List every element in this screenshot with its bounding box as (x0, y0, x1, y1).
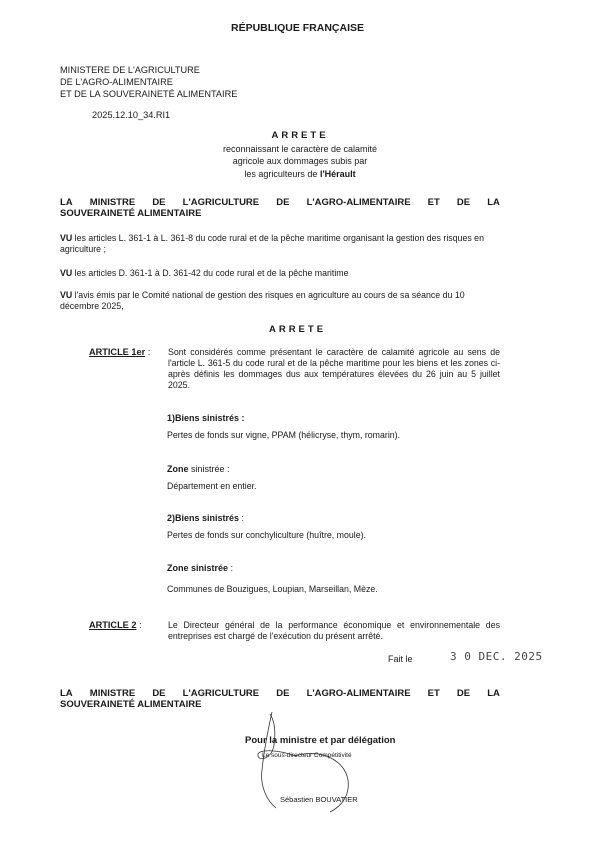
section-heading: Zone sinistrée : (167, 464, 230, 474)
article-1-text: Sont considérés comme présentant le cara… (168, 347, 500, 391)
region-name: l'Hérault (320, 169, 356, 179)
heading-word: ET (428, 197, 440, 208)
vu-clause: VU les articles D. 361-1 à D. 361-42 du … (60, 268, 500, 279)
delegation-text: Pour la ministre et par délégation (245, 735, 395, 746)
subtitle-line: reconnaissant le caractère de calamité (150, 143, 450, 156)
heading-word: LA (487, 197, 500, 208)
section-text: Pertes de fonds sur conchyliculture (huî… (167, 530, 366, 540)
heading-word: ET (428, 688, 440, 699)
vu-clause: VU les articles L. 361-1 à L. 361-8 du c… (60, 233, 500, 255)
heading-word: L'AGRICULTURE (183, 688, 260, 699)
date-stamp: 3 0 DEC. 2025 (450, 650, 543, 663)
heading-word: DE (457, 197, 470, 208)
article-1-label: ARTICLE 1er : (89, 347, 150, 357)
article-2-text: Le Directeur général de la performance é… (168, 620, 500, 642)
heading-word: L'AGRICULTURE (183, 197, 260, 208)
section-heading: Zone sinistrée : (167, 563, 233, 573)
decision-title: ARRETE (0, 324, 595, 335)
signatory-role: Le sous-directeur Compétitivité (262, 752, 352, 759)
section-heading: 2)Biens sinistrés : (167, 513, 244, 523)
section-heading: 1)Biens sinistrés : (167, 413, 245, 423)
heading-word: LA (60, 197, 73, 208)
heading-word: DE (152, 197, 165, 208)
ministry-line: DE L'AGRO-ALIMENTAIRE (60, 76, 237, 88)
minister-heading: LAMINISTREDEL'AGRICULTUREDEL'AGRO-ALIMEN… (60, 197, 500, 219)
article-2-label: ARTICLE 2 : (89, 620, 142, 630)
document-title: ARRETE (150, 130, 450, 143)
ministry-line: ET DE LA SOUVERAINETÉ ALIMENTAIRE (60, 88, 237, 100)
section-text: Département en entier. (167, 481, 257, 491)
heading-word: L'AGRO-ALIMENTAIRE (307, 197, 411, 208)
ministry-name: MINISTERE DE L'AGRICULTURE DE L'AGRO-ALI… (60, 64, 237, 100)
section-text: Communes de Bouzigues, Loupian, Marseill… (167, 584, 378, 594)
signatory-name: Sébastien BOUVATIER (280, 795, 358, 804)
heading-word: LA (60, 688, 73, 699)
subtitle-line: agricole aux dommages subis par (150, 155, 450, 168)
republic-heading: RÉPUBLIQUE FRANÇAISE (0, 22, 595, 34)
heading-word: DE (457, 688, 470, 699)
document-reference: 2025.12.10_34.RI1 (92, 110, 170, 120)
heading-word: LA (487, 688, 500, 699)
section-text: Pertes de fonds sur vigne, PPAM (hélicry… (167, 430, 400, 440)
heading-word: DE (152, 688, 165, 699)
vu-clause: VU l'avis émis par le Comité national de… (60, 290, 500, 312)
ministry-line: MINISTERE DE L'AGRICULTURE (60, 64, 237, 76)
title-block: ARRETE reconnaissant le caractère de cal… (150, 130, 450, 180)
heading-word: MINISTRE (90, 197, 135, 208)
heading-word: DE (276, 197, 289, 208)
heading-word: MINISTRE (90, 688, 135, 699)
fait-le-label: Fait le (388, 654, 413, 664)
subtitle-line: les agriculteurs de l'Hérault (150, 168, 450, 181)
